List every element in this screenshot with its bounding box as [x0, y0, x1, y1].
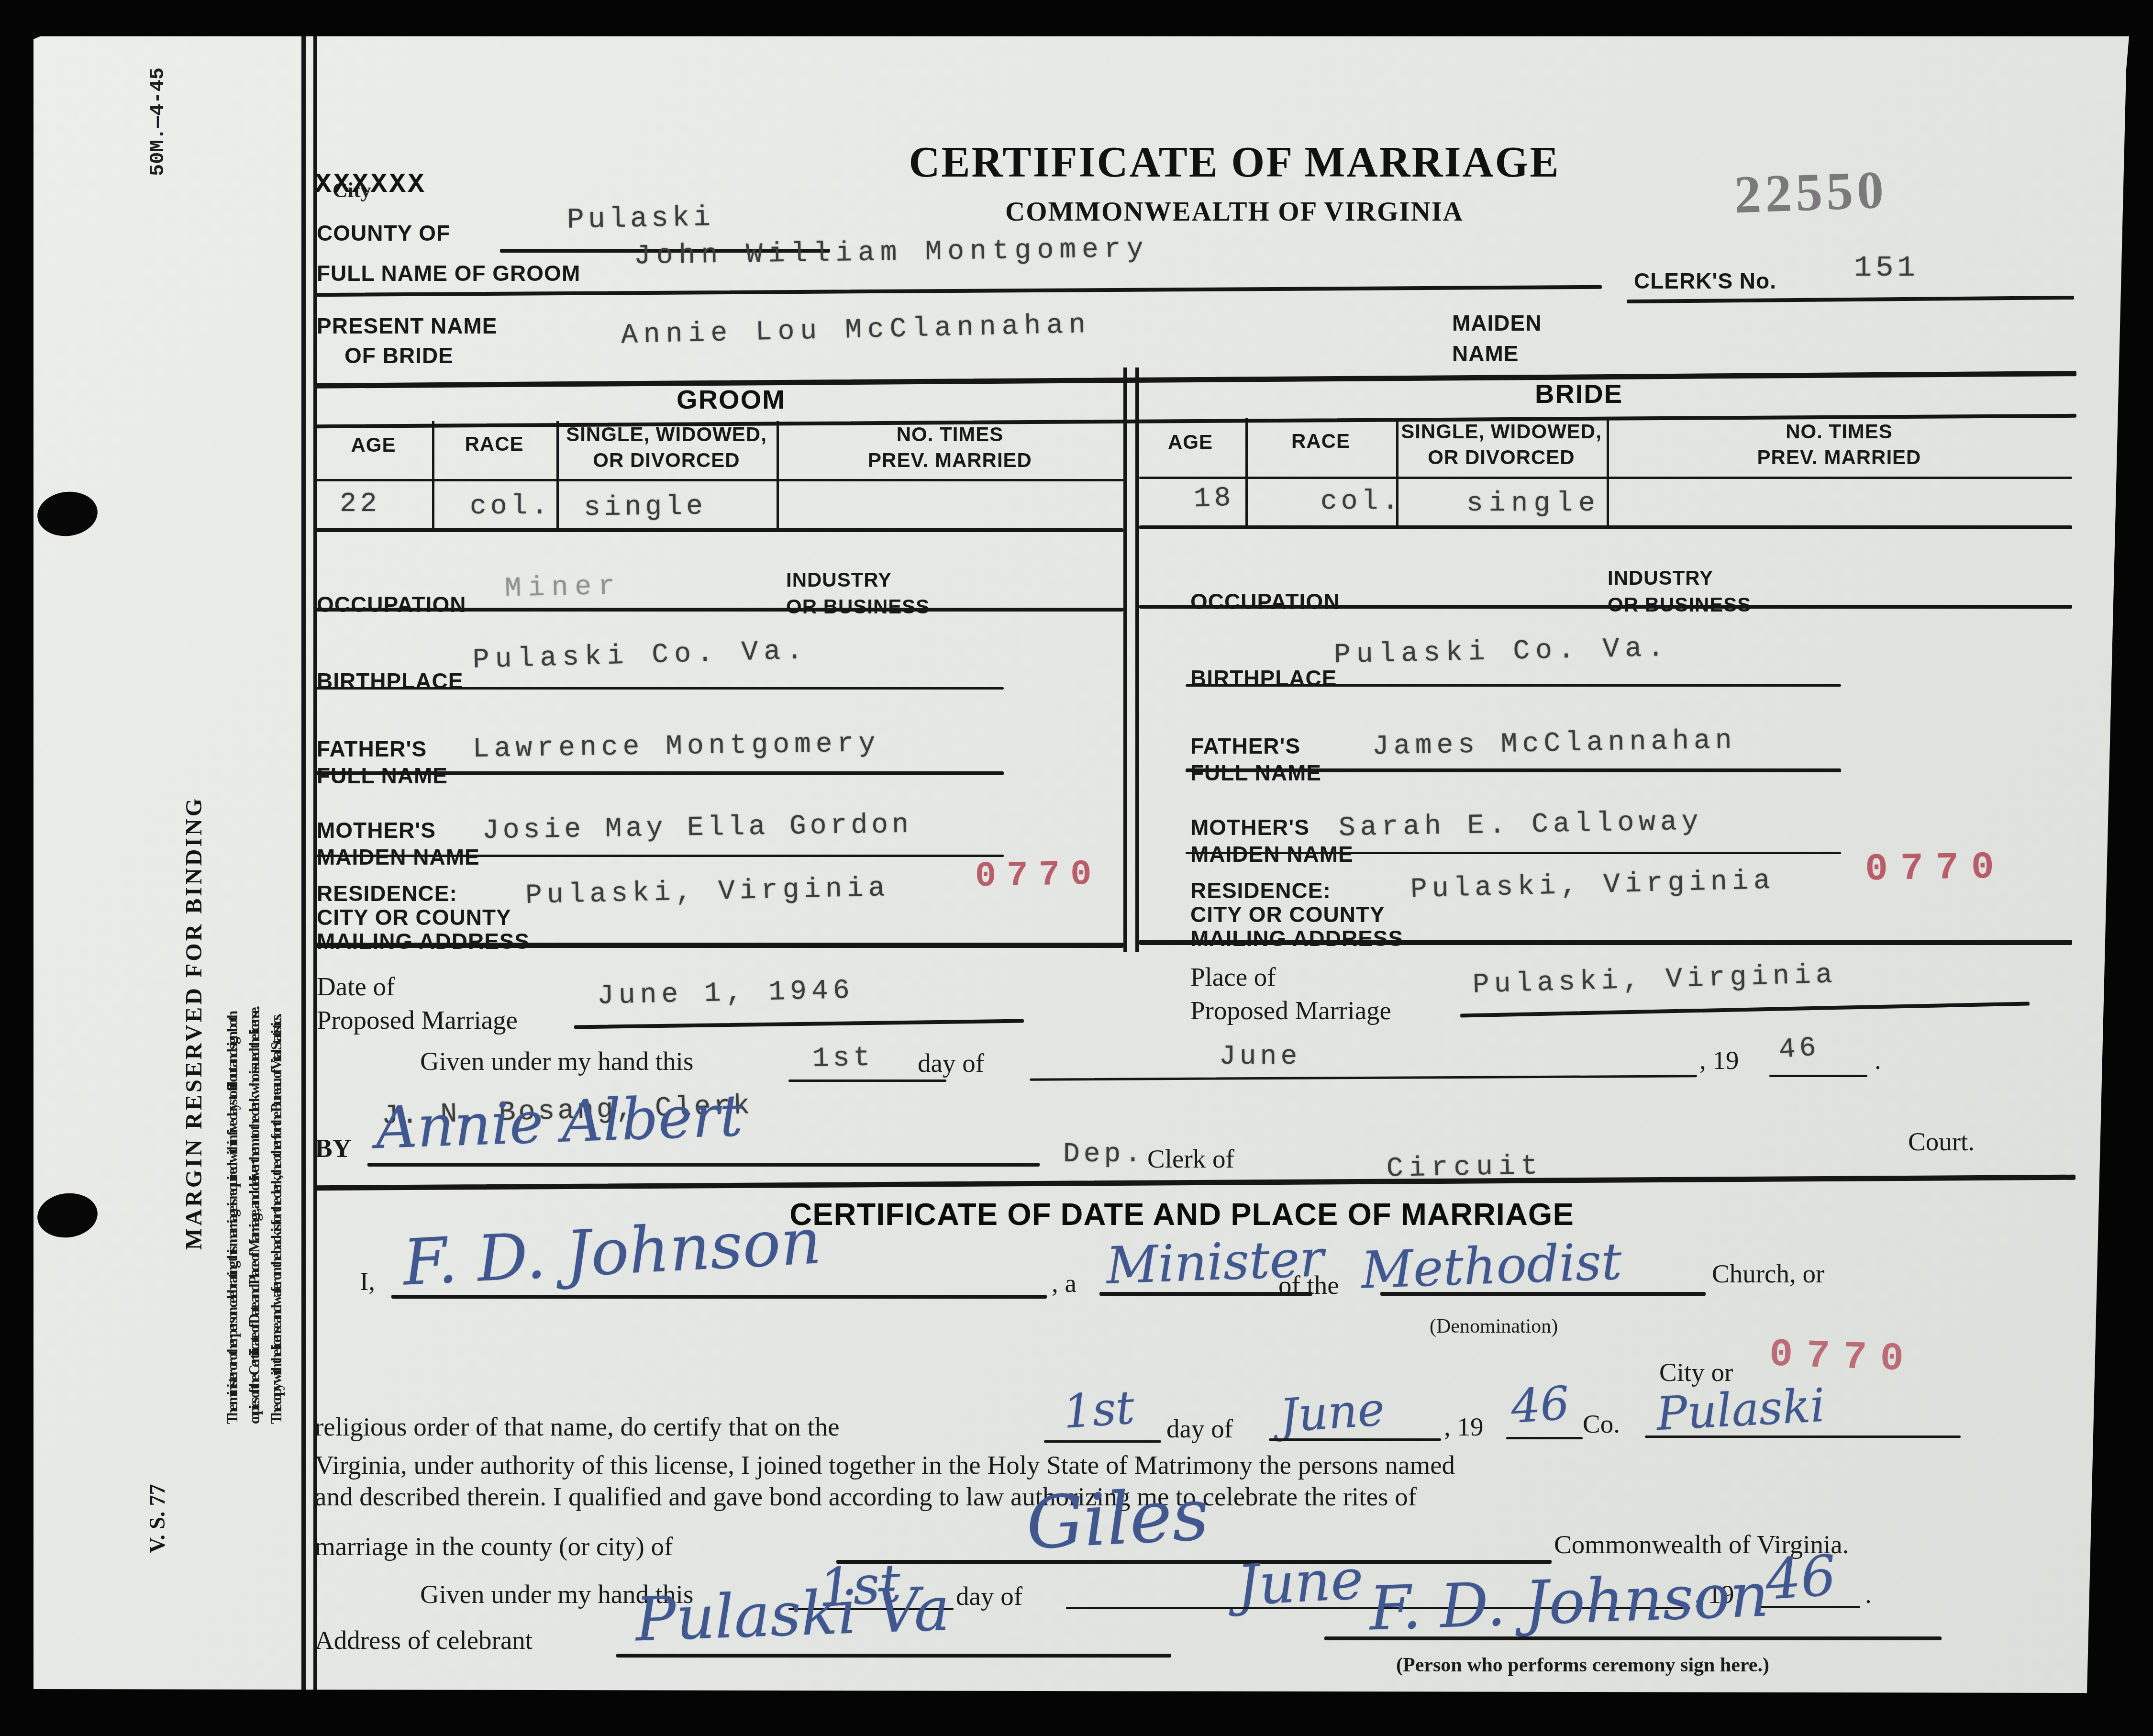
denomination-underline: [1380, 1292, 1706, 1296]
address-celebrant-underline: [616, 1654, 1171, 1658]
groom-values-rule: [315, 528, 1123, 532]
date-proposed-label-1: Date of: [317, 971, 395, 1002]
bride-father-label-2: FULL NAME: [1190, 760, 1321, 786]
marriage-county-underline: [836, 1560, 1552, 1564]
bride-mother-underline: [1186, 852, 1841, 854]
i-label: I,: [360, 1266, 375, 1296]
groom-residence-label-1: RESIDENCE:: [317, 880, 457, 906]
of-the-label: of the: [1278, 1270, 1339, 1300]
maiden-name-label-1: MAIDEN: [1452, 310, 1542, 336]
bride-residence-label-1: RESIDENCE:: [1190, 878, 1331, 903]
groom-father-value: Lawrence Montgomery: [473, 728, 880, 765]
bride-residence-value: Pulaski, Virginia: [1410, 866, 1775, 906]
bride-table-bottom-rule: [1139, 940, 2072, 945]
cert-month-handwritten: June: [1278, 1382, 1386, 1443]
city-or-label: City or: [1659, 1357, 1733, 1387]
cert-county-handwritten: Pulaski: [1655, 1379, 1826, 1441]
bride-father-label-1: FATHER'S: [1190, 733, 1300, 759]
license-bottom-rule: [315, 1175, 2075, 1191]
table-top-rule: [315, 371, 2076, 389]
place-proposed-label-2: Proposed Marriage: [1190, 995, 1391, 1025]
groom-status-header-1: SINGLE, WIDOWED,: [556, 423, 777, 446]
deputy-clerk-signature: Annie Albert: [375, 1083, 744, 1162]
groom-occupation-rule: [315, 608, 1123, 612]
bride-birthplace-underline: [1186, 684, 1841, 687]
license-month-value: June: [1219, 1041, 1301, 1072]
celebrant-name-signature: F. D. Johnson: [401, 1204, 823, 1300]
groom-father-label-1: FATHER'S: [317, 736, 427, 762]
bride-race-value: col.: [1321, 486, 1402, 517]
court-label: Court.: [1908, 1126, 1975, 1157]
serial-number-stamp: 22550: [1733, 159, 1888, 226]
groom-status-value: single: [584, 491, 707, 524]
groom-mother-underline: [315, 855, 1004, 857]
groom-occupation-value: Miner: [504, 571, 621, 604]
maiden-name-label-2: NAME: [1452, 341, 1519, 367]
city-or-stamp: 0770: [1768, 1333, 1918, 1382]
cert-day-underline: [1044, 1440, 1161, 1443]
date-proposed-label-2: Proposed Marriage: [317, 1005, 518, 1035]
officiant-signature: F. D. Johnson: [1368, 1559, 1770, 1644]
date-proposed-value: June 1, 1946: [597, 975, 855, 1012]
present-name-label-1: PRESENT NAME: [317, 313, 497, 339]
denomination-caption: (Denomination): [1430, 1315, 1558, 1338]
marriage-county-handwritten: Giles: [1024, 1473, 1211, 1566]
groom-residence-label-2: CITY OR COUNTY: [317, 904, 511, 930]
document-subtitle: COMMONWEALTH OF VIRGINIA: [818, 196, 1651, 227]
license-day-value: 1st: [812, 1043, 874, 1075]
a-label: , a: [1052, 1268, 1076, 1298]
groom-birthplace-underline: [315, 687, 1004, 690]
groom-industry-label-1: INDUSTRY: [786, 568, 892, 591]
by-label: BY: [315, 1133, 351, 1163]
clerks-no-underline: [1627, 296, 2074, 303]
punch-hole: [35, 1190, 100, 1241]
bride-age-header: AGE: [1135, 431, 1245, 454]
cert2-year-period: .: [1865, 1579, 1872, 1609]
binding-rule-outer: [301, 36, 306, 1690]
groom-residence-label-3: MAILING ADDRESS: [317, 928, 530, 954]
license-month-underline: [1030, 1075, 1697, 1080]
bride-column-header: BRIDE: [1435, 378, 1722, 409]
bride-times-header-1: NO. TIMES: [1607, 420, 2072, 443]
cert2-day-of: day of: [956, 1581, 1022, 1611]
co-label: Co.: [1583, 1409, 1620, 1439]
cert2-year-underline: [1760, 1606, 1860, 1608]
groom-birthplace-value: Pulaski Co. Va.: [472, 635, 809, 676]
groom-name-label: FULL NAME OF GROOM: [317, 260, 580, 286]
cert-year-handwritten: 46: [1509, 1376, 1571, 1434]
groom-times-header-2: PREV. MARRIED: [777, 449, 1123, 472]
body-line-1: Virginia, under authority of this licens…: [315, 1450, 1455, 1480]
bride-status-value: single: [1466, 488, 1601, 519]
bride-race-header: RACE: [1245, 430, 1396, 453]
county-of-label: COUNTY OF: [317, 220, 450, 246]
groom-subheader-rule: [315, 479, 1123, 481]
bride-occupation-rule: [1139, 605, 2072, 609]
clerks-no-value: 151: [1854, 251, 1919, 285]
license-day-underline: [788, 1079, 946, 1082]
cert-month-underline: [1269, 1438, 1441, 1441]
groom-status-header-2: OR DIVORCED: [556, 449, 777, 472]
bride-values-rule: [1139, 525, 2072, 529]
bride-mother-label-2: MAIDEN NAME: [1190, 841, 1354, 867]
cert-county-underline: [1645, 1436, 1961, 1438]
celebrant-underline: [391, 1295, 1047, 1299]
groom-father-underline: [315, 771, 1004, 775]
groom-name-value: John William Montgomery: [634, 234, 1149, 272]
license-year-underline: [1769, 1075, 1867, 1077]
bride-residence-stamp: 0770: [1864, 846, 2007, 891]
bride-mother-value: Sarah E. Calloway: [1338, 806, 1703, 844]
bride-status-header-1: SINGLE, WIDOWED,: [1396, 420, 1607, 443]
bride-father-value: James McClannahan: [1372, 725, 1737, 762]
bride-occupation-label: OCCUPATION: [1190, 589, 1340, 614]
bride-name-value: Annie Lou McClannahan: [621, 310, 1091, 351]
cert-day-of: day of: [1166, 1413, 1233, 1444]
groom-race-value: col.: [470, 491, 552, 522]
bride-subheader-rule: [1139, 477, 2072, 479]
groom-times-header-1: NO. TIMES: [777, 423, 1123, 446]
address-celebrant-label: Address of celebrant: [315, 1625, 533, 1655]
present-name-label-2: OF BRIDE: [344, 343, 454, 368]
license-year-value: 46: [1778, 1032, 1821, 1066]
marriage-county-line: marriage in the county (or city) of: [315, 1531, 673, 1561]
bride-father-underline: [1186, 768, 1841, 772]
groom-father-label-2: FULL NAME: [317, 763, 448, 789]
groom-table-bottom-rule: [315, 943, 1123, 948]
groom-name-underline: [315, 285, 1602, 297]
given-under-hand-text: Given under my hand this: [420, 1046, 693, 1076]
bride-birthplace-label: BIRTHPLACE: [1190, 665, 1337, 691]
sign-here-caption: (Person who performs ceremony sign here.…: [1396, 1654, 1769, 1677]
groom-birthplace-label: BIRTHPLACE: [317, 668, 463, 694]
punch-hole: [35, 489, 100, 540]
license-year-prefix: , 19: [1699, 1045, 1739, 1075]
bride-mother-label-1: MOTHER'S: [1190, 814, 1310, 840]
groom-residence-stamp: 0770: [975, 855, 1102, 897]
bride-age-value: 18: [1193, 483, 1235, 515]
cert-year-prefix: , 19: [1444, 1412, 1484, 1442]
groom-residence-value: Pulaski, Virginia: [525, 873, 890, 912]
clerks-no-label: CLERK'S No.: [1634, 268, 1776, 294]
scanned-marriage-certificate: 50M.—4-45 MARGIN RESERVED FOR BINDING Th…: [0, 0, 2153, 1736]
margin-note-line3: The copy with the license and wafer on t…: [268, 149, 285, 1424]
margin-binding-label: MARGIN RESERVED FOR BINDING: [181, 637, 207, 1250]
address-celebrant-handwritten: Pulaski Va: [634, 1574, 951, 1655]
groom-mother-value: Josie May Ella Gordon: [482, 810, 913, 847]
xxx-strikeout: XXXXXX: [315, 169, 426, 200]
date-proposed-underline: [574, 1019, 1024, 1029]
groom-mother-label-2: MAIDEN NAME: [317, 844, 480, 870]
groom-occupation-label: OCCUPATION: [317, 591, 466, 617]
certificate-paper: 50M.—4-45 MARGIN RESERVED FOR BINDING Th…: [33, 36, 2129, 1693]
license-day-of: day of: [918, 1048, 984, 1078]
document-title: CERTIFICATE OF MARRIAGE: [818, 138, 1651, 187]
certify-line: religious order of that name, do certify…: [315, 1412, 840, 1442]
stock-number: 50M.—4-45: [146, 47, 169, 176]
bride-residence-label-3: MAILING ADDRESS: [1190, 925, 1403, 951]
officiant-signature-underline: [1324, 1636, 1942, 1640]
margin-note-line2: copies of the Certificate of Date and Pl…: [246, 149, 263, 1424]
bride-times-header-2: PREV. MARRIED: [1607, 446, 2072, 469]
dep-label: Dep.: [1063, 1139, 1145, 1170]
bride-birthplace-value: Pulaski Co. Va.: [1333, 633, 1670, 671]
cert-year-underline: [1506, 1437, 1583, 1439]
deputy-signature-underline: [367, 1163, 1040, 1167]
cert-day-handwritten: 1st: [1061, 1380, 1136, 1439]
margin-note-line1: The minister or other person celebrating…: [224, 149, 241, 1424]
church-or-label: Church, or: [1712, 1258, 1824, 1289]
center-divider-inner: [1135, 367, 1139, 952]
groom-mother-label-1: MOTHER'S: [317, 817, 436, 843]
place-proposed-underline: [1460, 1002, 2030, 1018]
bride-residence-label-2: CITY OR COUNTY: [1190, 901, 1385, 927]
form-code: V. S. 77: [144, 1453, 170, 1553]
groom-industry-label-2: OR BUSINESS: [786, 595, 930, 618]
clerk-of-label: Clerk of: [1147, 1144, 1234, 1174]
groom-age-value: 22: [340, 489, 381, 520]
bride-status-header-2: OR DIVORCED: [1396, 446, 1607, 469]
groom-race-header: RACE: [432, 433, 556, 456]
groom-age-header: AGE: [315, 434, 432, 456]
cert2-year-handwritten: 46: [1763, 1543, 1838, 1613]
denomination-handwritten: Methodist: [1360, 1232, 1623, 1300]
place-proposed-value: Pulaski, Virginia: [1472, 959, 1837, 1001]
place-proposed-label-1: Place of: [1190, 962, 1276, 992]
body-line-2: and described therein. I qualified and g…: [315, 1481, 1417, 1512]
center-divider-outer: [1123, 367, 1127, 952]
bride-industry-label-1: INDUSTRY: [1608, 567, 1713, 590]
groom-column-header: GROOM: [588, 384, 875, 415]
county-value: Pulaski: [566, 201, 714, 236]
license-year-period: .: [1875, 1045, 1881, 1075]
